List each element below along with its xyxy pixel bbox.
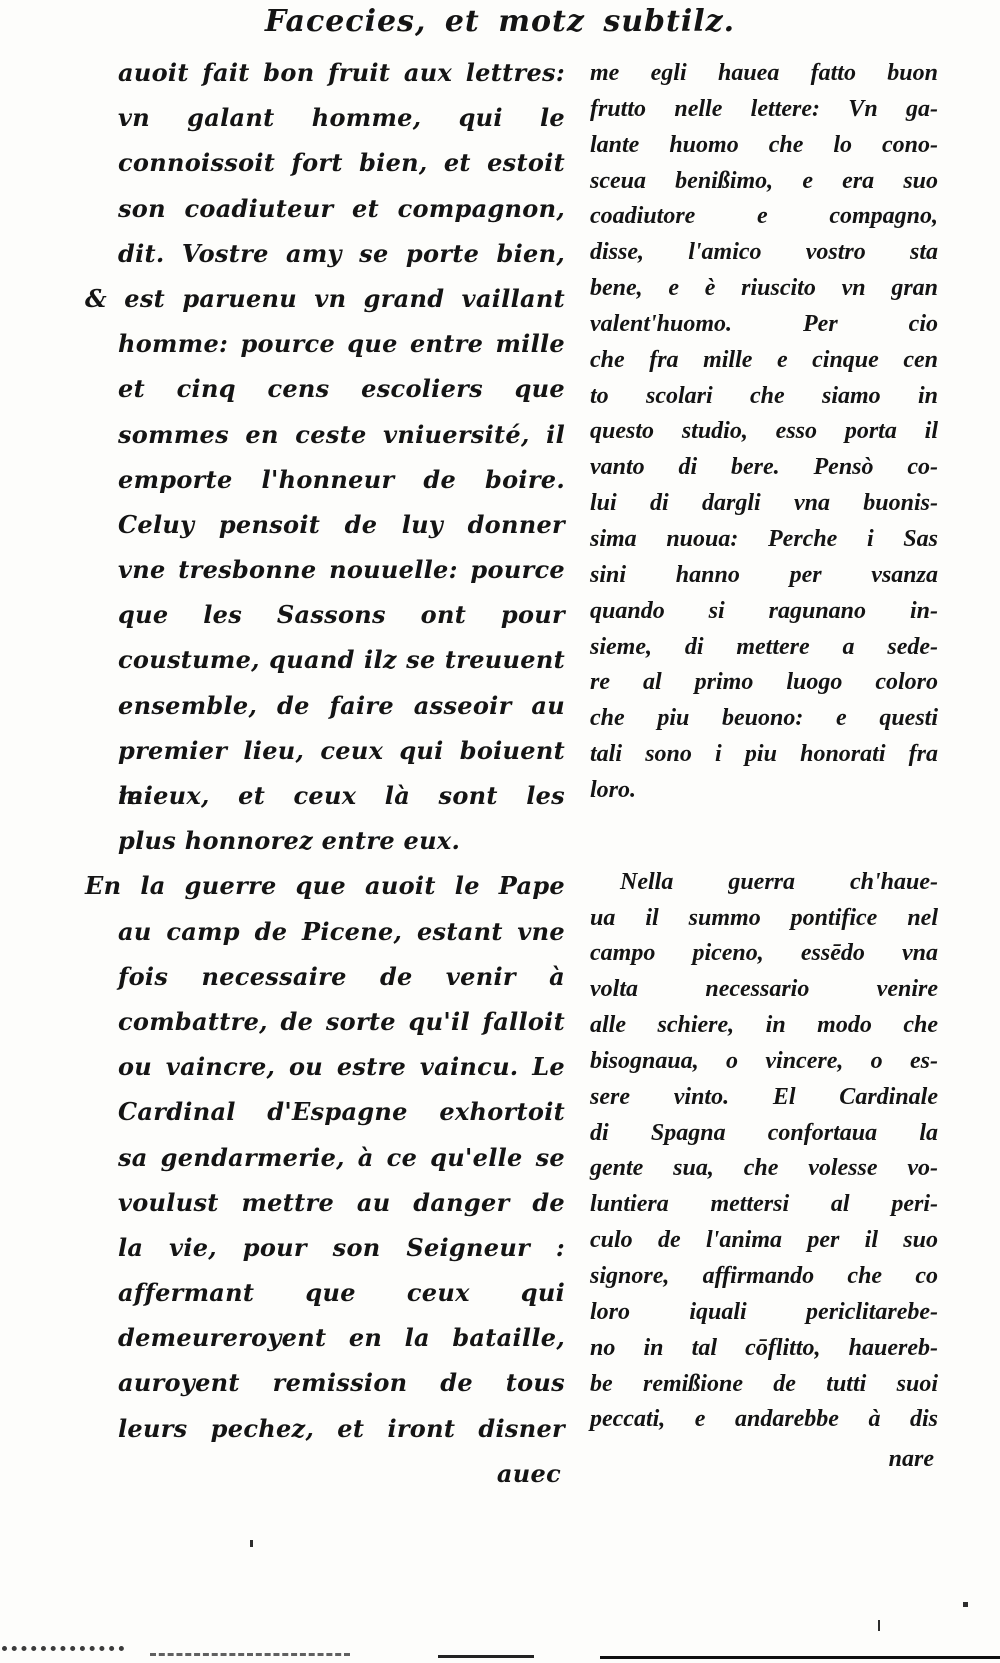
text-line: emporte l'honneur de boire. [118,457,565,502]
text-line: signore, affirmando che co [590,1259,938,1295]
text-line: son coadiuteur et compagnon, [118,186,565,231]
french-paragraph-2: & est paruenu vn grand vaillanthomme: po… [118,276,565,863]
text-line: sceua benißimo, e era suo [590,164,938,200]
text-line: ou vaincre, ou estre vaincu. Le [118,1044,565,1089]
catchword-right: nare [590,1446,938,1473]
scan-artifact-speck [878,1620,880,1631]
text-line: sima nuoua: Perche i Sas [590,522,938,558]
text-line: coadiutore e compagno, [590,199,938,235]
text-line: gente sua, che volesse vo- [590,1151,938,1187]
text-line: combattre, de sorte qu'il falloit [118,999,565,1044]
text-line: lui di dargli vna buonis- [590,486,938,522]
text-line: affermant que ceux qui [118,1270,565,1315]
french-paragraph-1: auoit fait bon fruit aux lettres:vn gala… [118,50,565,276]
text-line: leurs pechez, et iront disner [118,1406,565,1451]
text-line: voulust mettre au danger de [118,1180,565,1225]
french-column: auoit fait bon fruit aux lettres:vn gala… [118,50,565,1488]
text-line: no in tal cōflitto, hauereb- [590,1331,938,1367]
text-line: homme: pource que entre mille [118,321,565,366]
text-line: sa gendarmerie, à ce qu'elle se [118,1135,565,1180]
text-line: culo de l'anima per il suo [590,1223,938,1259]
text-line: sere vinto. El Cardinale [590,1080,938,1116]
text-line: bene, e è riuscito vn gran [590,271,938,307]
text-line: et cinq cens escoliers que [118,366,565,411]
text-line: sommes en ceste vniuersité, il [118,412,565,457]
scan-artifact-dashed-line [150,1653,350,1656]
text-line: Cardinal d'Espagne exhortoit [118,1089,565,1134]
text-line: Celuy pensoit de luy donner [118,502,565,547]
text-line: la vie, pour son Seigneur : [118,1225,565,1270]
scan-artifact-short-bar [438,1655,534,1658]
text-line: que les Sassons ont pour [118,592,565,637]
text-line: to scolari che siamo in [590,379,938,415]
text-line: questo studio, esso porta il [590,414,938,450]
text-line: sieme, di mettere a sede- [590,630,938,666]
text-line: peccati, e andarebbe à dis [590,1402,938,1438]
text-line: dit. Vostre amy se porte bien, [118,231,565,276]
scan-artifact-dotted-line [2,1646,124,1651]
text-line: & est paruenu vn grand vaillant [85,276,565,321]
text-line: che piu beuono: e questi [590,701,938,737]
text-line: loro. [590,773,938,809]
text-line: vne tresbonne nouuelle: pource [118,547,565,592]
text-line: premier lieu, ceux qui boiuent le [118,728,565,773]
scan-artifact-bottom-rule [600,1656,1000,1659]
text-line: au camp de Picene, estant vne [118,909,565,954]
text-line: luntiera mettersi al peri- [590,1187,938,1223]
text-line: fois necessaire de venir à [118,954,565,999]
italian-paragraph-1: me egli hauea fatto buonfrutto nelle let… [590,56,938,809]
text-line: sini hanno per vsanza [590,558,938,594]
text-line: tali sono i piu honorati fra [590,737,938,773]
text-line: lante huomo che lo cono- [590,128,938,164]
text-line: vanto di bere. Pensò co- [590,450,938,486]
catchword-left: auec [118,1459,565,1488]
text-line: En la guerre que auoit le Pape [85,863,565,908]
text-line: Nella guerra ch'haue- [590,865,938,901]
text-line: coustume, quand ilz se treuuent [118,637,565,682]
italian-paragraph-2: Nella guerra ch'haue-ua il summo pontifi… [590,865,938,1439]
running-header: Facecies, et motz subtilz. [0,4,1000,39]
text-line: mieux, et ceux là sont les [118,773,565,818]
scan-artifact-speck [250,1540,253,1547]
italian-column: me egli hauea fatto buonfrutto nelle let… [590,56,938,1473]
text-line: connoissoit fort bien, et estoit [118,140,565,185]
text-line: disse, l'amico vostro sta [590,235,938,271]
french-paragraph-3: En la guerre que auoit le Papeau camp de… [118,863,565,1450]
text-line: bisognaua, o vincere, o es- [590,1044,938,1080]
text-line: che fra mille e cinque cen [590,343,938,379]
text-line: quando si ragunano in- [590,594,938,630]
text-line: di Spagna confortaua la [590,1116,938,1152]
text-line: plus honnorez entre eux. [118,818,565,863]
book-page: Facecies, et motz subtilz. auoit fait bo… [0,0,1000,1663]
text-line: re al primo luogo coloro [590,665,938,701]
text-line: auoit fait bon fruit aux lettres: [118,50,565,95]
text-line: vn galant homme, qui le [118,95,565,140]
text-line: me egli hauea fatto buon [590,56,938,92]
text-line: loro iquali periclitarebe- [590,1295,938,1331]
text-line: demeureroyent en la bataille, [118,1315,565,1360]
text-line: ua il summo pontifice nel [590,901,938,937]
text-line: valent'huomo. Per cio [590,307,938,343]
text-line: auroyent remission de tous [118,1360,565,1405]
scan-artifact-speck [963,1602,968,1607]
text-line: ensemble, de faire asseoir au [118,683,565,728]
text-line: volta necessario venire [590,972,938,1008]
text-line: be remißione de tutti suoi [590,1367,938,1403]
text-line: alle schiere, in modo che [590,1008,938,1044]
text-line: frutto nelle lettere: Vn ga- [590,92,938,128]
text-line: campo piceno, essēdo vna [590,936,938,972]
